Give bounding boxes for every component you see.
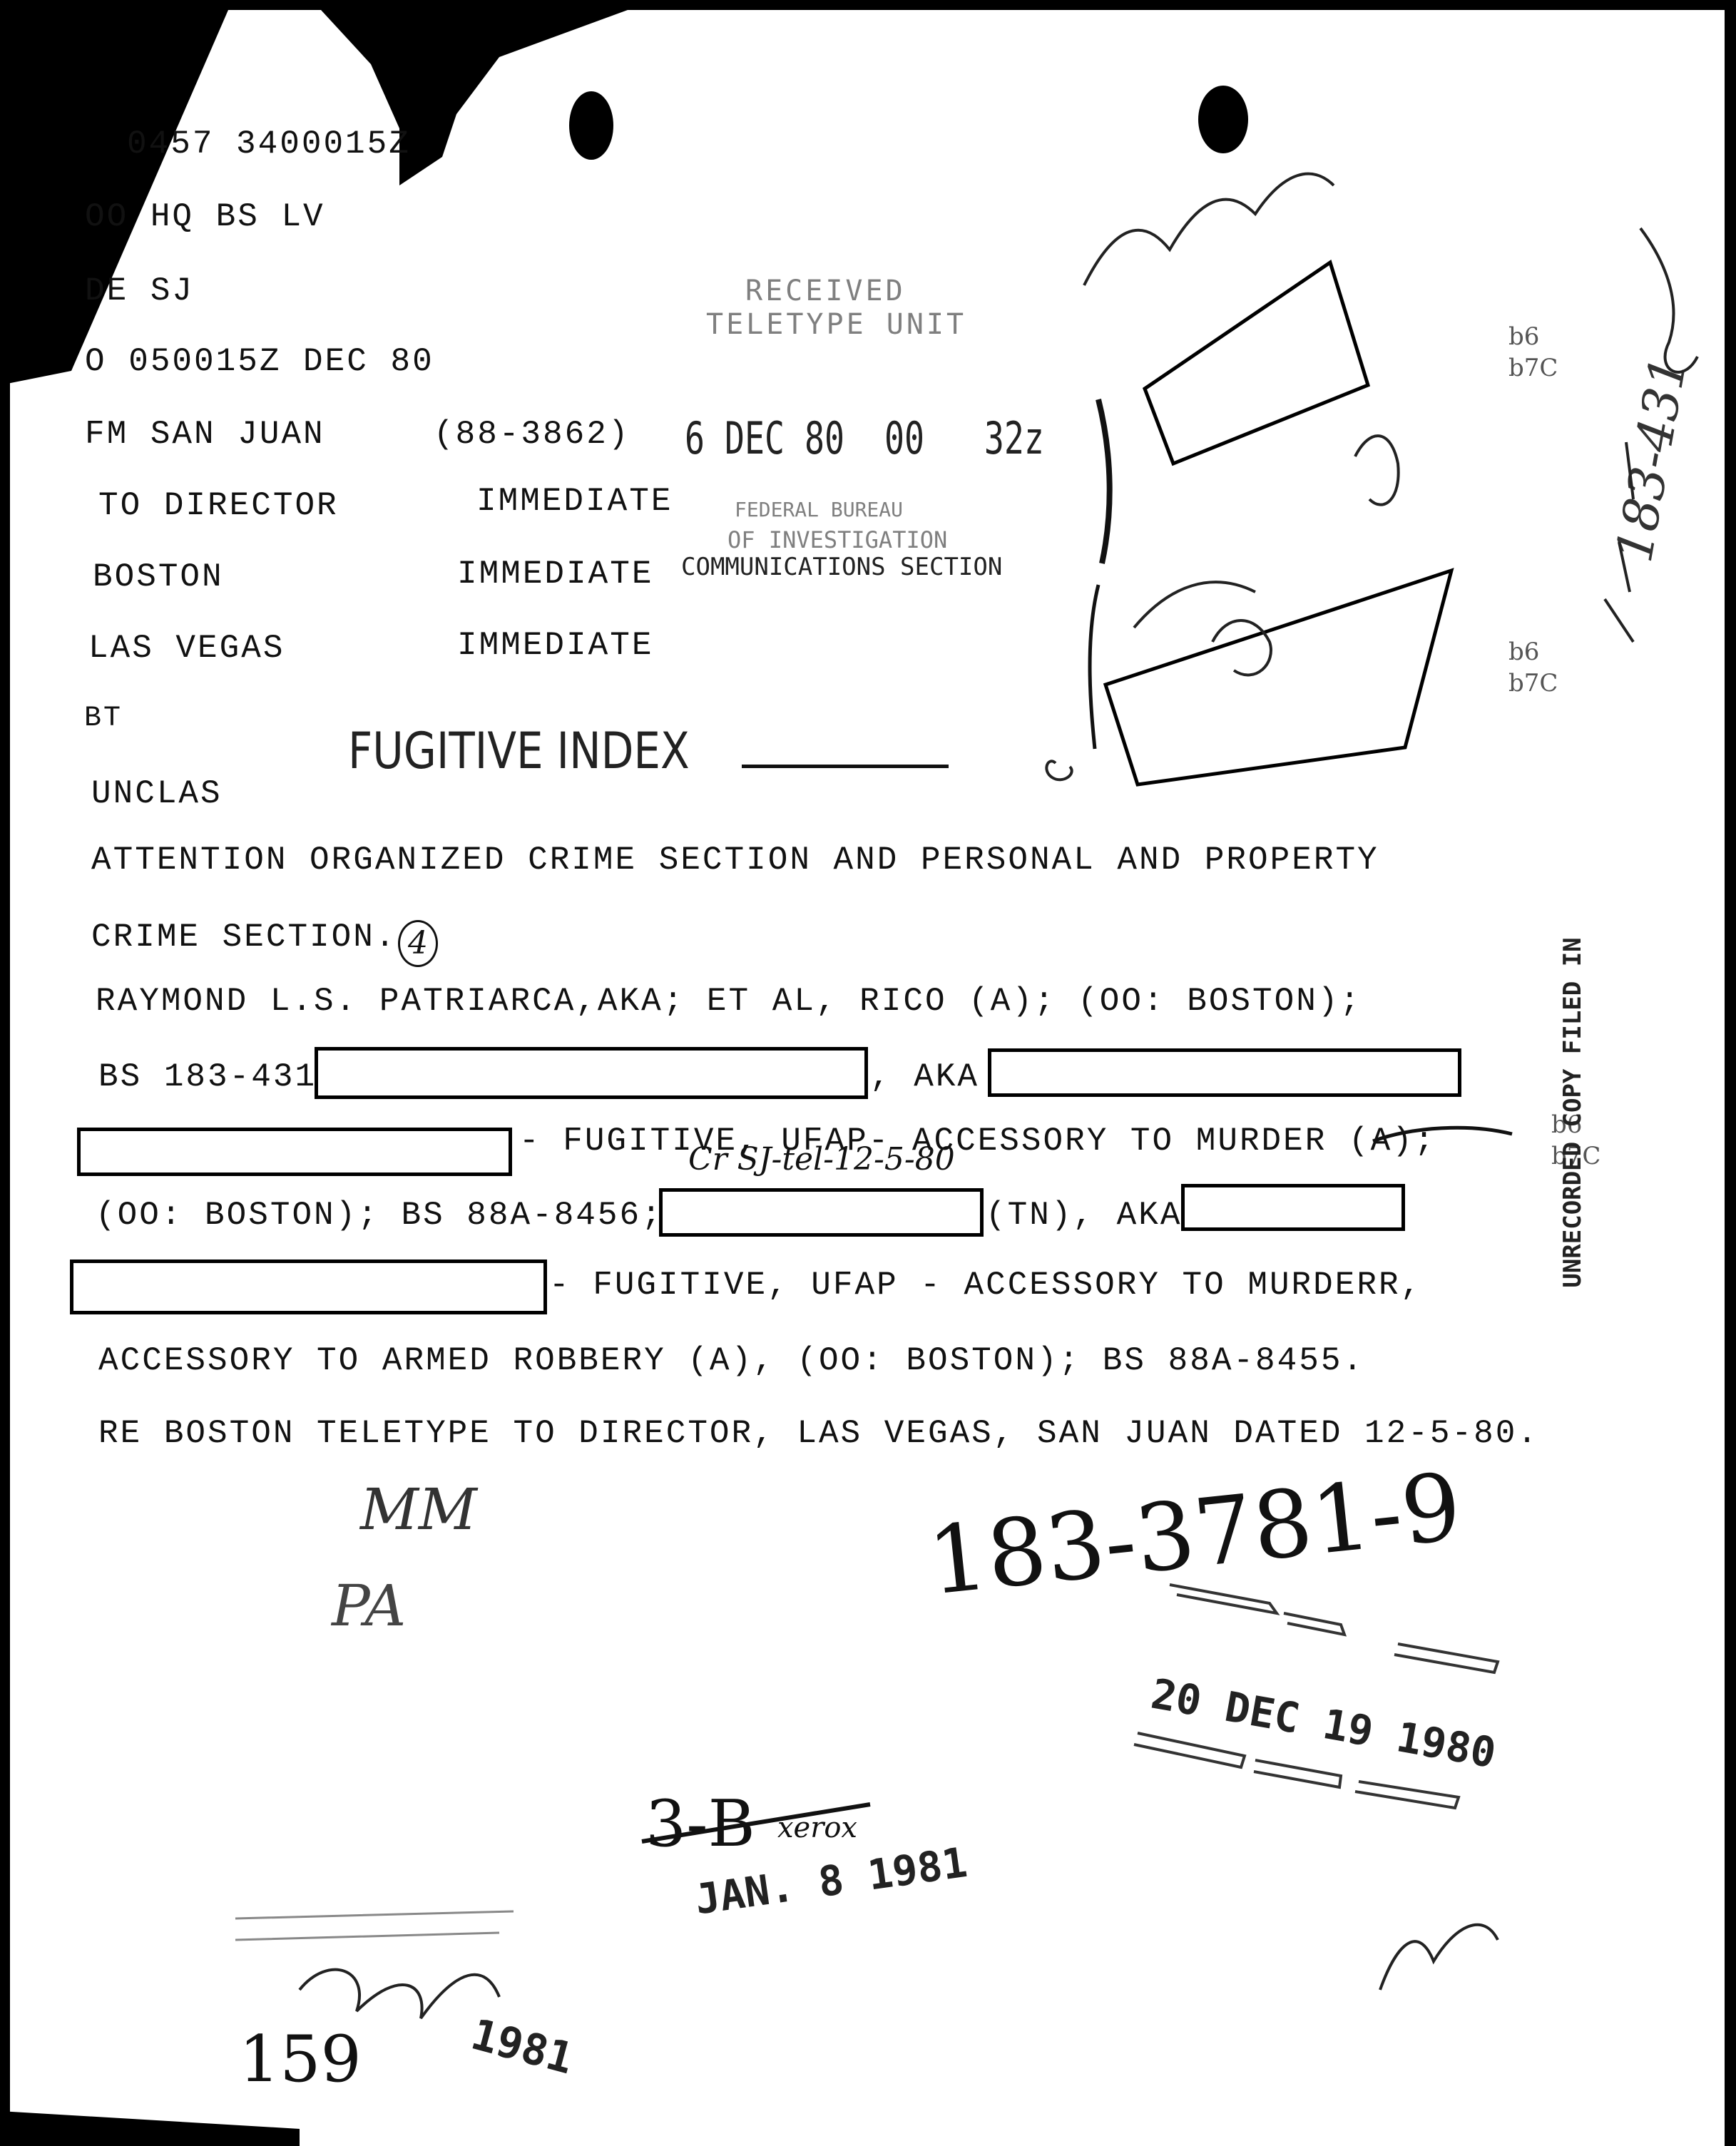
signature-scribbles	[0, 0, 1736, 2146]
teletype-document-page: 0457 3400015Z OO HQ BS LV DE SJ O 050015…	[0, 0, 1736, 2146]
